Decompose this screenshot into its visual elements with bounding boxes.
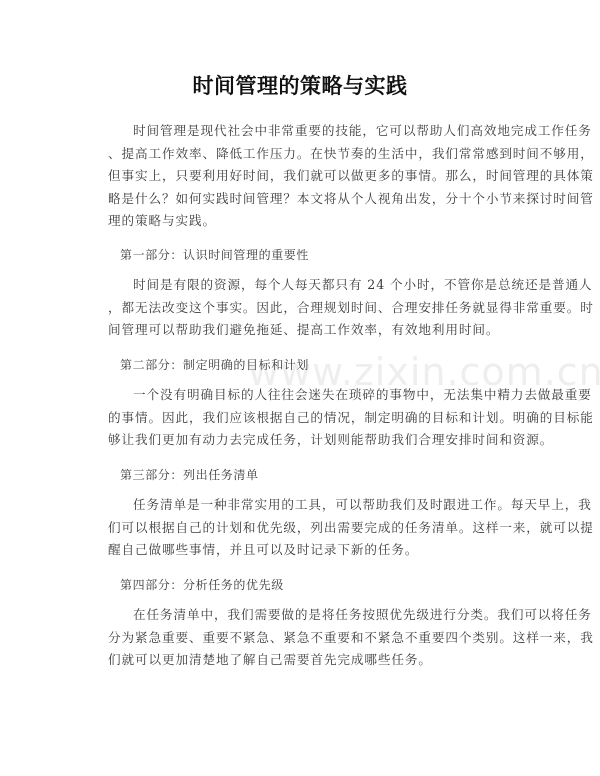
paragraph-line: 的事情。因此，我们应该根据自己的情况，制定明确的目标和计划。明确的目标能	[108, 407, 508, 430]
section-paragraph-4: 在任务清单中，我们需要做的是将任务按照优先级进行分类。我们可以将任务 分为紧急重…	[108, 604, 508, 672]
paragraph-line: 们可以根据自己的计划和优先级，列出需要完成的任务清单。这样一来，就可以提	[108, 517, 508, 540]
paragraph-line: 时间是有限的资源，每个人每天都只有 24 个小时，不管你是总统还是普通人	[108, 274, 508, 297]
section-heading-text: 第一部分：认识时间管理的重要性	[108, 244, 508, 267]
section-heading-3: 第三部分：列出任务清单	[108, 464, 508, 487]
paragraph-line: ，都无法改变这个事实。因此，合理规划时间、合理安排任务就显得非常重要。时	[108, 297, 508, 320]
paragraph-line: 醒自己做哪些事情，并且可以及时记录下新的任务。	[108, 539, 508, 562]
paragraph-line: 们就可以更加清楚地了解自己需要首先完成哪些任务。	[108, 649, 508, 672]
document-title: 时间管理的策略与实践	[0, 72, 600, 100]
section-heading-text: 第三部分：列出任务清单	[108, 464, 508, 487]
section-paragraph-3: 任务清单是一种非常实用的工具，可以帮助我们及时跟进工作。每天早上，我 们可以根据…	[108, 494, 508, 562]
paragraph-line: 一个没有明确目标的人往往会迷失在琐碎的事物中，无法集中精力去做最重要	[108, 384, 508, 407]
paragraph-line: 但事实上，只要利用好时间，我们就可以做更多的事情。那么，时间管理的具体策	[108, 165, 508, 188]
paragraph-line: 够让我们更加有动力去完成任务，计划则能帮助我们合理安排时间和资源。	[108, 429, 508, 452]
section-heading-text: 第四部分：分析任务的优先级	[108, 574, 508, 597]
intro-paragraph: 时间管理是现代社会中非常重要的技能，它可以帮助人们高效地完成工作任务 、提高工作…	[108, 120, 508, 233]
paragraph-line: 、提高工作效率、降低工作压力。在快节奏的生活中，我们常常感到时间不够用，	[108, 143, 508, 166]
paragraph-line: 任务清单是一种非常实用的工具，可以帮助我们及时跟进工作。每天早上，我	[108, 494, 508, 517]
paragraph-line: 理的策略与实践。	[108, 210, 508, 233]
section-heading-1: 第一部分：认识时间管理的重要性	[108, 244, 508, 267]
section-heading-2: 第二部分：制定明确的目标和计划	[108, 354, 508, 377]
paragraph-line: 间管理可以帮助我们避免拖延、提高工作效率，有效地利用时间。	[108, 319, 508, 342]
paragraph-line: 分为紧急重要、重要不紧急、紧急不重要和不紧急不重要四个类别。这样一来，我	[108, 627, 508, 650]
paragraph-line: 时间管理是现代社会中非常重要的技能，它可以帮助人们高效地完成工作任务	[108, 120, 508, 143]
paragraph-line: 在任务清单中，我们需要做的是将任务按照优先级进行分类。我们可以将任务	[108, 604, 508, 627]
section-paragraph-1: 时间是有限的资源，每个人每天都只有 24 个小时，不管你是总统还是普通人 ，都无…	[108, 274, 508, 342]
document-page: 时间管理的策略与实践 时间管理是现代社会中非常重要的技能，它可以帮助人们高效地完…	[0, 0, 600, 776]
paragraph-line: 略是什么？如何实践时间管理？本文将从个人视角出发，分十个小节来探讨时间管	[108, 188, 508, 211]
section-heading-text: 第二部分：制定明确的目标和计划	[108, 354, 508, 377]
section-paragraph-2: 一个没有明确目标的人往往会迷失在琐碎的事物中，无法集中精力去做最重要 的事情。因…	[108, 384, 508, 452]
section-heading-4: 第四部分：分析任务的优先级	[108, 574, 508, 597]
